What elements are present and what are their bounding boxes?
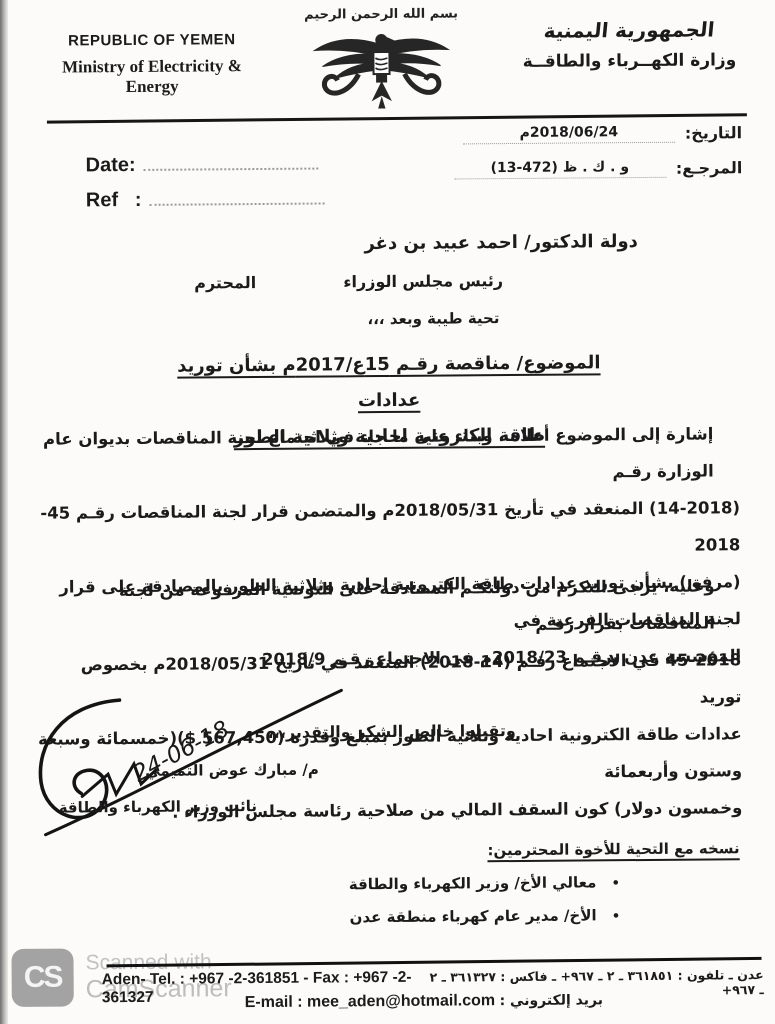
cc-heading: نسخه مع التحية للأخوة المحترمين: (310, 839, 740, 860)
country-name-ar: الجمهورية اليمنية (508, 17, 750, 43)
header-english: REPUBLIC OF YEMEN Ministry of Electricit… (44, 31, 260, 98)
ref-label-ar: المرجـع: (676, 158, 743, 178)
camscanner-logo-icon: CS (11, 948, 73, 1006)
bullet-icon: • (612, 909, 620, 924)
email-label-en: E-mail : (245, 994, 303, 1011)
date-label-ar: التاريخ: (685, 123, 742, 142)
ref-row-en: Ref : (52, 163, 324, 235)
bismillah-calligraphy: بسم الله الرحمن الرحيم (304, 6, 458, 22)
body-p2-line1: وعليه، يرجى التكرم من دولتكـم المصادقة ع… (35, 567, 741, 647)
addressee-honorific: المحترم (194, 273, 256, 292)
signer-title: نائب وزير الكهرباء والطاقة (30, 797, 285, 817)
ministry-name-ar: وزارة الكهــرباء والطاقــة (509, 50, 749, 72)
ref-value: و . ك . ظ (472-13) (454, 159, 666, 180)
date-value: 2018/06/24م (463, 124, 675, 145)
ministry-name-en: Ministry of Electricity & Energy (44, 56, 259, 98)
body-p1-line1: إشارة إلى الموضوع أعلاه ، وبناء على ما ج… (34, 415, 740, 495)
letter-content: REPUBLIC OF YEMEN Ministry of Electricit… (0, 0, 775, 1024)
email-address: mee_aden@hotmail.com (307, 992, 495, 1010)
subject-line-1: الموضوع/ مناقصة رقـم 15ع/2017م بشأن توري… (177, 352, 600, 411)
yemen-emblem-icon: بسم الله الرحمن الرحيم (296, 1, 467, 118)
addressee-title: رئيس مجلس الوزراء (338, 271, 508, 291)
bullet-icon: • (612, 876, 620, 891)
body-p1-line2: (14-2018) المنعقد في تأريخ 2018/05/31م و… (35, 489, 741, 569)
ref-blank-line (149, 186, 324, 205)
ref-label-en: Ref : (86, 189, 142, 211)
scan-border-edge (0, 0, 8, 1024)
email-label-ar: : بريد إلكتروني (499, 992, 603, 1009)
cc-item-1-text: معالي الأخ/ وزير الكهرباء والطاقة (349, 873, 597, 893)
date-row-ar: التاريخ: 2018/06/24م (402, 123, 742, 145)
cc-item-2-text: الأخ/ مدير عام كهرباء منطقة عدن (350, 906, 597, 926)
country-name-en: REPUBLIC OF YEMEN (44, 31, 259, 50)
signer-name: م/ مبارك عوض التميمي (107, 760, 357, 780)
cc-item-1: • معالي الأخ/ وزير الكهرباء والطاقة (310, 872, 740, 893)
cc-item-2: • الأخ/ مدير عام كهرباء منطقة عدن (310, 905, 740, 926)
addressee-name: دولة الدكتور/ احمد عبيد بن دغر (364, 231, 638, 254)
header-arabic: الجمهورية اليمنية وزارة الكهــرباء والطا… (509, 17, 749, 72)
scanned-letter-page: REPUBLIC OF YEMEN Ministry of Electricit… (0, 0, 775, 1024)
salutation: تحية طيبة وبعد ،،، (348, 309, 518, 328)
cc-block: نسخه مع التحية للأخوة المحترمين: • معالي… (310, 839, 741, 926)
footer-email-row: E-mail : mee_aden@hotmail.com : بريد إلك… (184, 991, 664, 1013)
ref-row-ar: المرجـع: و . ك . ظ (472-13) (402, 158, 742, 180)
